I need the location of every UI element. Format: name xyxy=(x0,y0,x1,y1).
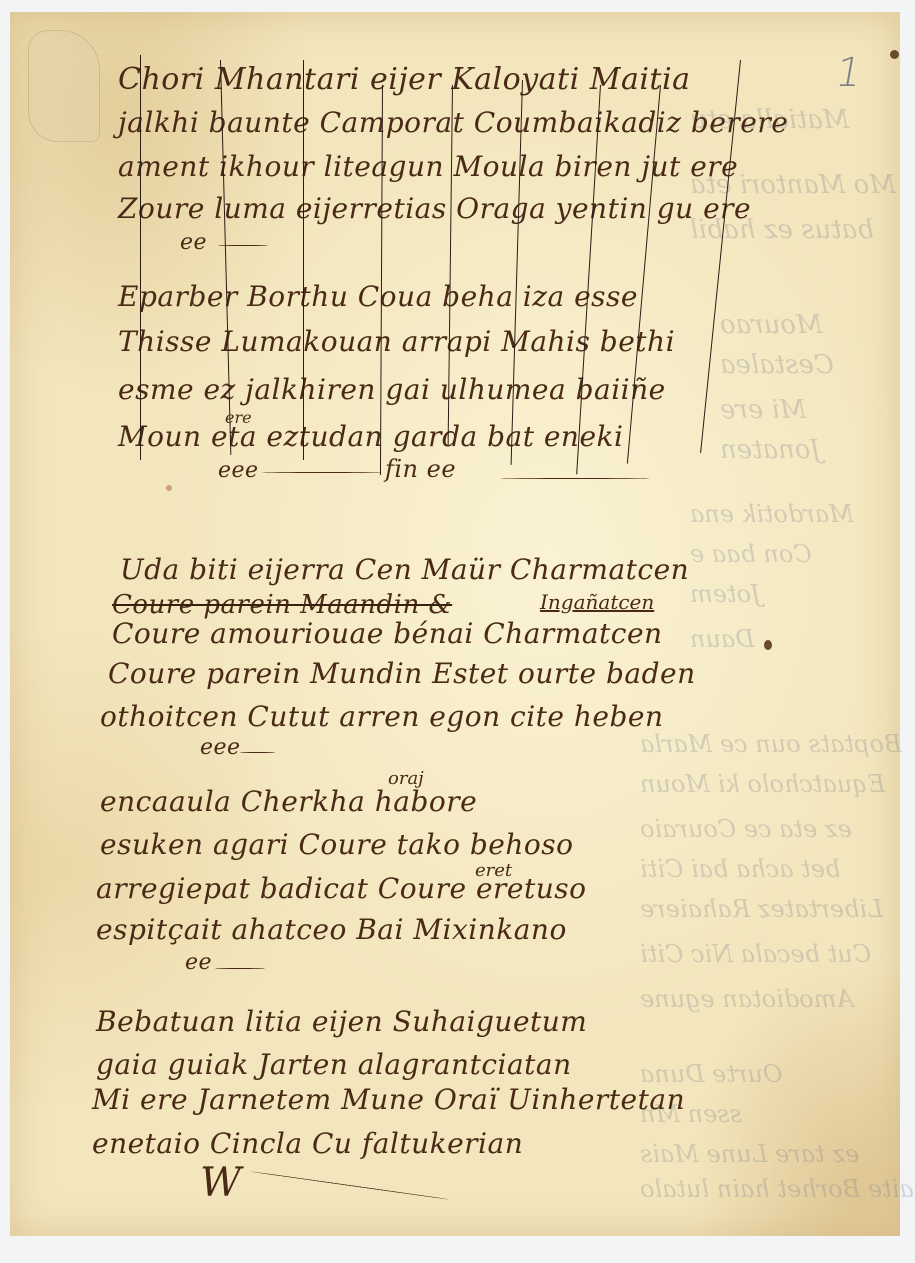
refrain-mark: ee xyxy=(180,230,207,255)
bleed-through-text: ez eta ce Couraio xyxy=(640,815,852,843)
bleed-through-text: Mi ere xyxy=(720,395,806,425)
bleed-through-text: baite Borhet hain lutalo xyxy=(640,1175,915,1203)
correction-mark: Ingañatcen xyxy=(540,590,654,614)
verse-line: encaaula Cherkha habore xyxy=(100,785,477,818)
verse-line: espitçait ahatceo Bai Mixinkano xyxy=(96,913,567,946)
bleed-through-text: bet acha bai Citi xyxy=(640,855,840,883)
verse-line: Chori Mhantari eijer Kaloyati Maitia xyxy=(118,62,690,97)
refrain-mark: ee xyxy=(185,950,212,975)
verse-line: Zoure luma eijerretias Oraga yentin gu e… xyxy=(118,192,751,225)
verse-line: Thisse Lumakouan arrapi Mahis bethi xyxy=(118,325,675,358)
bleed-through-text: Cut becala Nic Citi xyxy=(640,940,871,968)
paper-fold-crease xyxy=(28,30,100,142)
closing-mark: fin ee xyxy=(385,455,456,483)
flourish-stroke xyxy=(240,752,275,753)
verse-line: othoitcen Cutut arren egon cite heben xyxy=(100,700,664,733)
ink-spot xyxy=(890,50,899,59)
verse-line: Coure amouriouae bénai Charmatcen xyxy=(112,617,663,650)
struck-verse-line: Coure parein Maandin & xyxy=(112,590,452,620)
bleed-through-text: ez tare Lune Mais xyxy=(640,1140,859,1168)
signature-flourish: W xyxy=(200,1160,241,1206)
bleed-through-text: Amodiotan egune xyxy=(640,985,854,1013)
bleed-through-text: Jonaten xyxy=(720,435,821,465)
verse-line: jalkhi baunte Camporat Coumbaikadiz bere… xyxy=(118,106,788,139)
verse-line: arregiepat badicat Coure eretuso xyxy=(96,872,586,905)
verse-line: Eparber Borthu Coua beha iza esse xyxy=(118,280,638,313)
flourish-stroke xyxy=(500,478,650,479)
refrain-mark: eee xyxy=(218,458,259,483)
bleed-through-text: Mourao xyxy=(720,310,823,340)
bleed-through-text: Libertatez Rahaiere xyxy=(640,895,883,923)
bleed-through-text: Con baa e xyxy=(690,540,812,568)
bleed-through-text: Daun xyxy=(690,625,754,653)
vertical-strike-line xyxy=(140,55,141,460)
bleed-through-text: Cestalea xyxy=(720,350,834,380)
bleed-through-text: Jotem xyxy=(690,580,761,608)
flourish-stroke xyxy=(215,968,265,969)
verse-line: Mi ere Jarnetem Mune Oraï Uinhertetan xyxy=(92,1083,685,1116)
verse-line: Uda biti eijerra Cen Maür Charmatcen xyxy=(120,553,689,586)
bleed-through-text: Boptats oun ce Marla xyxy=(640,730,902,758)
verse-line: esme ez jalkhiren gai ulhumea baiiñe xyxy=(118,373,666,406)
verse-line: esuken agari Coure tako behoso xyxy=(100,828,573,861)
flourish-stroke xyxy=(262,472,382,473)
vertical-strike-line xyxy=(303,60,304,460)
bleed-through-text: Mardotik ena xyxy=(690,500,854,528)
refrain-mark: eee xyxy=(200,735,241,760)
verse-line: ament ikhour liteagun Moula biren jut er… xyxy=(118,150,738,183)
verse-line: Moun eta eztudan garda bat eneki xyxy=(118,420,623,453)
verse-line: Coure parein Mundin Estet ourte baden xyxy=(108,657,696,690)
stain-spot xyxy=(166,485,172,491)
verse-line: gaia guiak Jarten alagrantciatan xyxy=(96,1048,572,1081)
verse-line: Bebatuan litia eijen Suhaiguetum xyxy=(96,1005,587,1038)
bleed-through-text: Equatcholo ki Moun xyxy=(640,770,885,798)
ink-blot xyxy=(764,640,772,650)
verse-line: enetaio Cincla Cu faltukerian xyxy=(92,1127,523,1160)
